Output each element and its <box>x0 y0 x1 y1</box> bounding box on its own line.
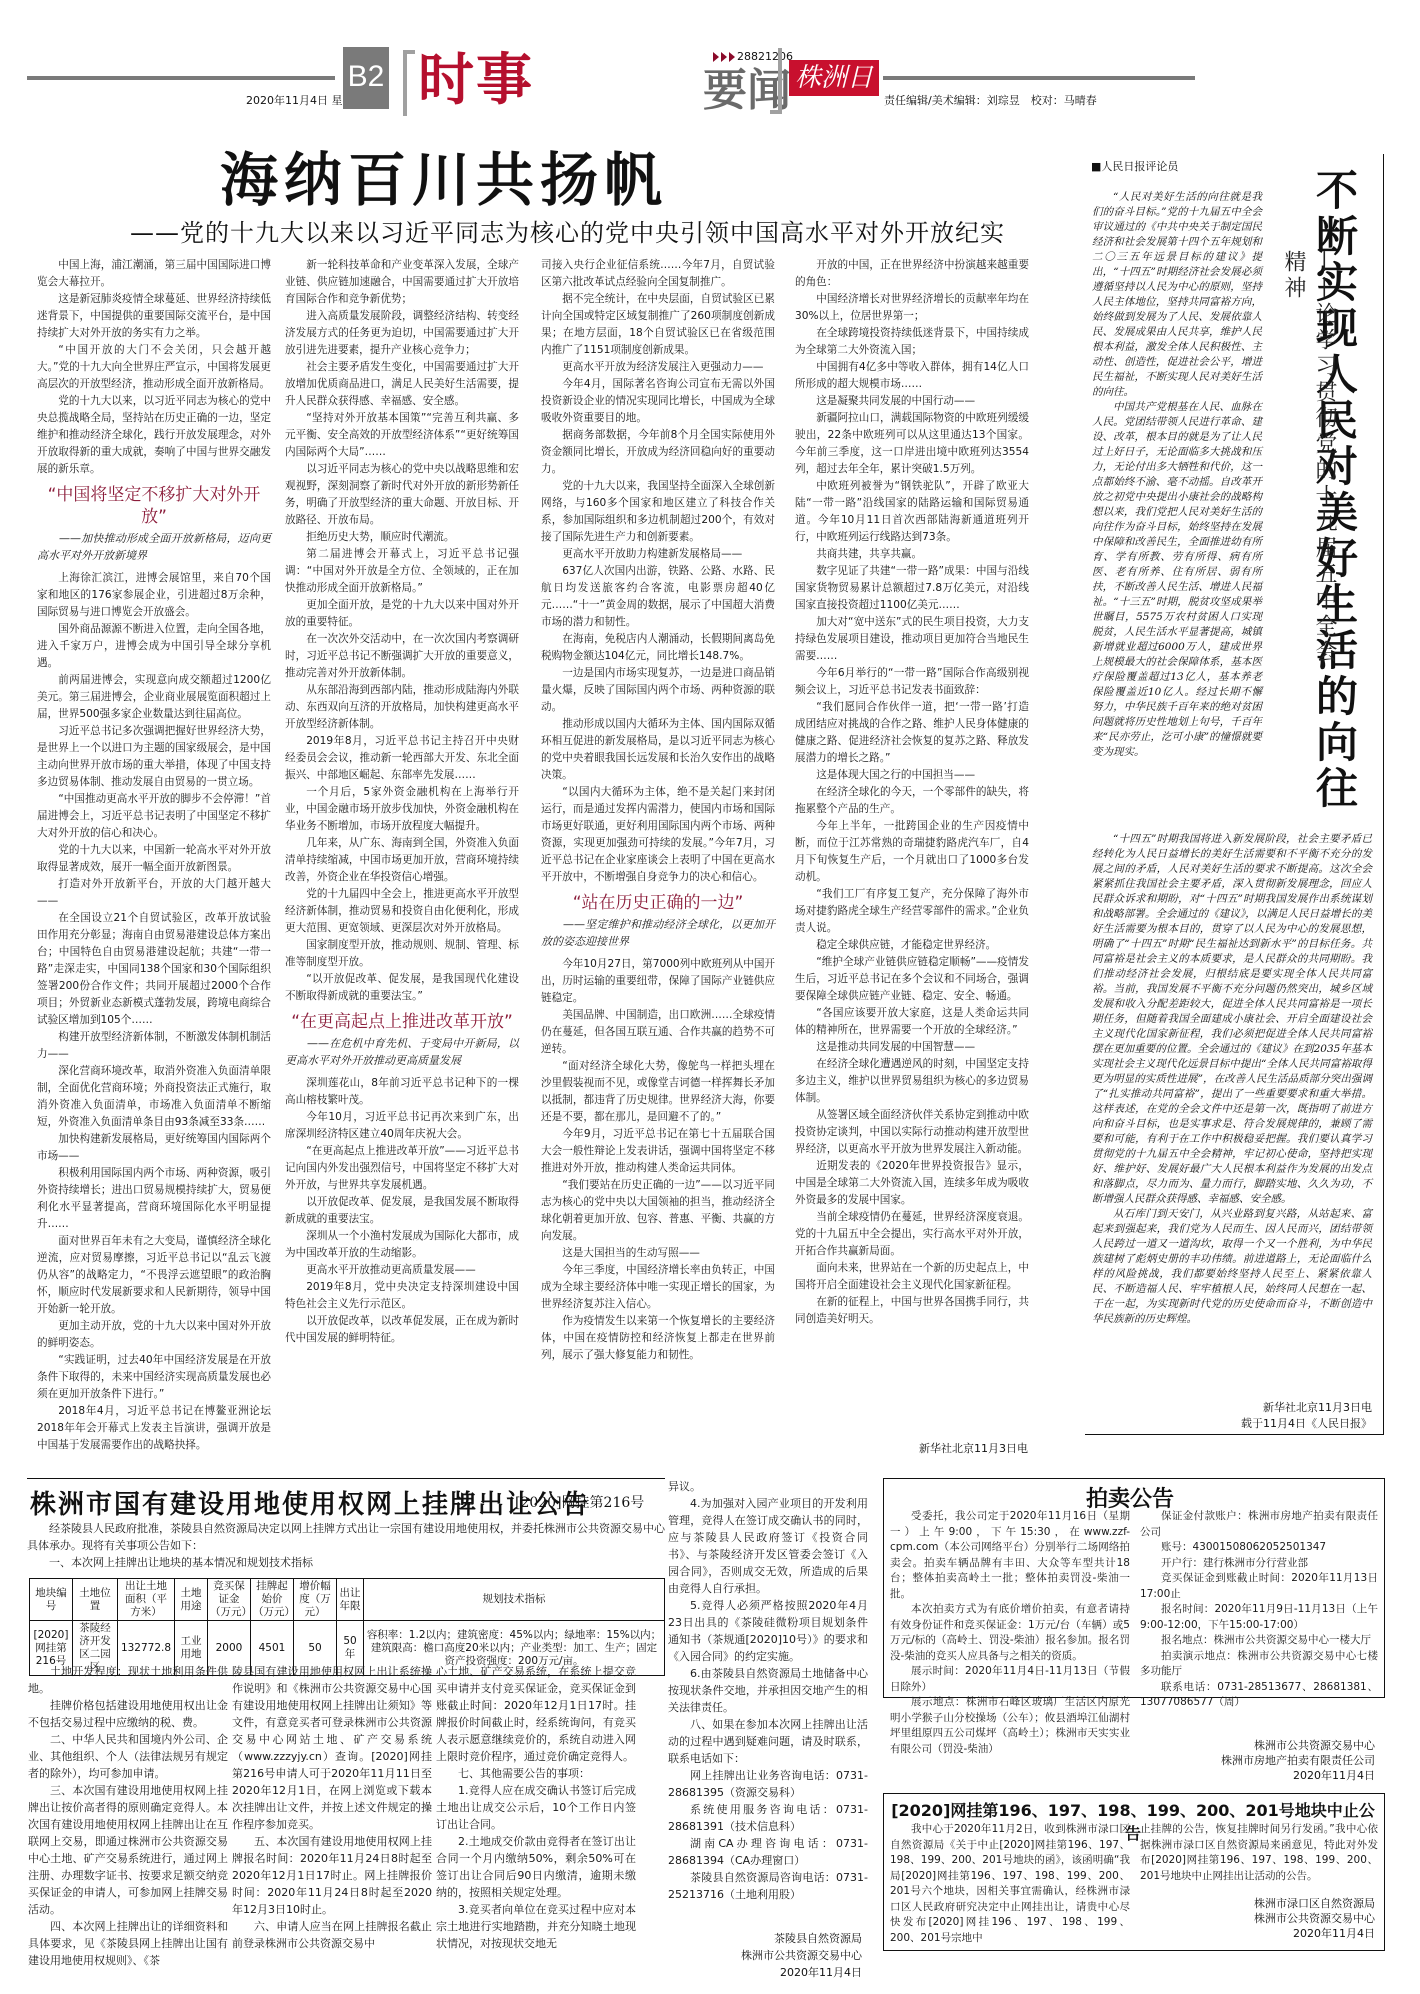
paragraph: 在一次次外交活动中，在一次次国内考察调研时，习近平总书记不断强调扩大开放的重要意… <box>285 631 519 682</box>
paragraph: 今年10月，习近平总书记再次来到广东，出席深圳经济特区建立40周年庆祝大会。 <box>285 1109 519 1143</box>
paragraph: 稳定全球供应链，才能稳定世界经济。 <box>795 937 1029 954</box>
paragraph: 在新的征程上，中国与世界各国携手同行，共同创造美好明天。 <box>795 1294 1029 1328</box>
section-heading: “站在历史正确的一边” <box>541 892 775 914</box>
paragraph: 今年6月举行的“一带一路”国际合作高级别视频会议上，习近平总书记发表书面致辞： <box>795 665 1029 699</box>
land-notice-title: 株洲市国有建设用地使用权网上挂牌出让公告 <box>30 1484 590 1521</box>
paragraph: 进入高质量发展阶段，调整经济结构、转变经济发展方式的任务更为迫切，中国需要通过扩… <box>285 308 519 359</box>
paragraph: 更加主动开放，党的十九大以来中国对外开放的鲜明姿态。 <box>37 1318 271 1352</box>
land-notice-column-3: 心土地、矿产交易系统，在系统上提交竞买申请并支付竞买保证金，竞买保证金到账截止时… <box>436 1663 636 1952</box>
paragraph: 当前全球疫情仍在蔓延，世界经济深度衰退。党的十九届五中全会提出，实行高水平对外开… <box>795 1209 1029 1260</box>
paragraph: 据不完全统计，在中央层面，自贸试验区已累计向全国或特定区域复制推广了260项制度… <box>541 291 775 359</box>
arrow-icon <box>713 52 719 62</box>
paragraph: 中国拥有4亿多中等收入群体，拥有14亿人口所形成的超大规模市场…… <box>795 359 1029 393</box>
land-notice-column-1: 土地开发程度：现状土地利用条件供地。 挂牌价格包括建设用地使用权出让金不包括交易… <box>28 1663 228 1969</box>
paragraph: 开放的中国，正在世界经济中扮演越来越重要的角色： <box>795 257 1029 291</box>
paragraph: 社会主要矛盾发生变化，中国需要通过扩大开放增加优质商品进口，满足人民美好生活需要… <box>285 359 519 410</box>
paragraph: 作为疫情发生以来第一个恢复增长的主要经济体，中国在疫情防控和经济恢复上都走在世界… <box>541 1313 775 1364</box>
paragraph: 今年4月，国际著名咨询公司宣布无需以外国投资新设企业的情况实现同比增长，中国成为… <box>541 376 775 427</box>
paragraph: 更高水平开放助力构建新发展格局—— <box>541 546 775 563</box>
paragraph: 党的十九大以来，中国新一轮高水平对外开放取得显著成效，展开一幅全面开放新图景。 <box>37 842 271 876</box>
newspaper-logo: 株洲日报 <box>789 60 879 96</box>
paragraph: 从签署区域全面经济伙伴关系协定到推动中欧投资协定谈判，中国以实际行动推动构建开放… <box>795 1107 1029 1158</box>
paragraph: 一边是国内市场实现复苏，一边是进口商品销量火爆，反映了国际国内两个市场、两种资源… <box>541 665 775 716</box>
paragraph: “以国内大循环为主体，绝不是关起门来封闭运行，而是通过发挥内需潜力，使国内市场和… <box>541 784 775 886</box>
paragraph: 加快构建新发展格局，更好统筹国内国际两个市场—— <box>37 1131 271 1165</box>
masthead-rule-right <box>883 76 1195 80</box>
arrow-icon <box>721 52 727 62</box>
paragraph: 党的十九届四中全会上，推进更高水平开放型经济新体制，推动贸易和投资自由化便利化，… <box>285 886 519 937</box>
paragraph: 2019年8月，习近平总书记主持召开中央财经委员会会议，推动新一轮西部大开发、东… <box>285 733 519 784</box>
paragraph: “中国开放的大门不会关闭，只会越开越大。”党的十九大向全世界庄严宣示，中国将发展… <box>37 342 271 393</box>
paragraph: 2018年4月，习近平总书记在博鳌亚洲论坛2018年年会开幕式上发表主旨演讲，强… <box>37 1403 271 1454</box>
paragraph: 面向未来，世界站在一个新的历史起点上，中国将开启全面建设社会主义现代化国家新征程… <box>795 1260 1029 1294</box>
paragraph: 深化营商环境改革，取消外资准入负面清单限制，全面优化营商环境；外商投资法正式施行… <box>37 1063 271 1131</box>
paragraph: 以开放促改革、促发展，是我国发展不断取得新成就的重要法宝。 <box>285 1194 519 1228</box>
paragraph: “面对经济全球化大势，像鸵鸟一样把头埋在沙里假装视而不见，或像堂吉诃德一样挥舞长… <box>541 1058 775 1126</box>
paragraph: 今年上半年，一批跨国企业的生产因疫情中断，而位于江苏常熟的奇瑞捷豹路虎汽车厂，自… <box>795 818 1029 886</box>
land-notice-number: [2020]网挂第216号 <box>515 1492 644 1512</box>
masthead-rule-left <box>27 76 335 80</box>
paragraph: 新疆阿拉山口，满载国际物资的中欧班列缓缓驶出，22条中欧班列可以从这里通达13个… <box>795 410 1029 478</box>
paragraph: 深圳从一个小渔村发展成为国际化大都市，成为中国改革开放的生动缩影。 <box>285 1228 519 1262</box>
paragraph: “我们要站在历史正确的一边”——以习近平同志为核心的党中央以大国领袖的担当，推动… <box>541 1177 775 1245</box>
paragraph: 从东部沿海到西部内陆，推动形成陆海内外联动、东西双向互济的开放格局，加快构建更高… <box>285 682 519 733</box>
commentary-subtitle: ——论学习贯彻党的十九届五中全会精神 <box>1278 250 1340 670</box>
article-column-1: 中国上海，浦江潮涌，第三届中国国际进口博览会大幕拉开。 这是新冠肺炎疫情全球蔓延… <box>37 257 271 1454</box>
paragraph: 面对世界百年未有之大变局，谨慎经济全球化逆流，应对贸易摩擦，习近平总书记以“乱云… <box>37 1233 271 1318</box>
main-article-subtitle: ——党的十九大以来以习近平同志为核心的党中央引领中国高水平对外开放纪实 <box>130 213 1005 248</box>
paragraph: “我们工厂有序复工复产，充分保障了海外市场对捷豹路虎全球生产经营零部件的需求。”… <box>795 886 1029 937</box>
paragraph: 这是推动共同发展的中国智慧—— <box>795 1039 1029 1056</box>
section-bracket-left <box>403 50 415 116</box>
paragraph: 推动形成以国内大循环为主体、国内国际双循环相互促进的新发展格局，是以习近平同志为… <box>541 716 775 784</box>
auction-notice-column-1: 受委托，我公司定于2020年11月16日（星期一）上午9:00，下午15:30，… <box>890 1509 1130 1757</box>
table-header-row: 地块编号 土地位置 出让土地面积（平方米） 土地用途 竞买保证金（万元） 挂牌起… <box>30 1579 665 1621</box>
paragraph: 更高水平开放推动更高质量发展—— <box>285 1262 519 1279</box>
paragraph: “人民对美好生活的向往就是我们的奋斗目标。”党的十九届五中全会审议通过的《中共中… <box>1092 190 1262 400</box>
page-number: B2 <box>343 47 389 109</box>
hotline-number: 28821206 <box>737 50 793 63</box>
land-notice-intro: 经茶陵县人民政府批准，茶陵县自然资源局决定以网上挂牌方式出让一宗国有建设用地使用… <box>27 1520 665 1571</box>
paragraph: 拒绝历史大势，顺应时代潮流。 <box>285 529 519 546</box>
main-article-title: 海纳百川共扬帆 <box>220 145 668 215</box>
suspension-notice-column-2: 止挂牌的公告，恢复挂牌时间另行发函。”我中心依据株洲市渌口区自然资源局来函意见，… <box>1140 1822 1378 1884</box>
paragraph: “我们愿同合作伙伴一道，把‘一带一路’打造成团结应对挑战的合作之路、维护人民身体… <box>795 699 1029 767</box>
commentary-body-wide: “十四五”时期我国将进入新发展阶段，社会主要矛盾已经转化为人民日益增长的美好生活… <box>1092 832 1372 1327</box>
paragraph: 数字见证了共建“一带一路”成果：中国与沿线国家货物贸易累计总额超过7.8万亿美元… <box>795 563 1029 614</box>
paragraph: 以开放促改革，以改革促发展，正在成为新时代中国发展的鲜明特征。 <box>285 1313 519 1347</box>
paragraph: 积极利用国际国内两个市场、两种资源，吸引外资持续增长；进出口贸易规模持续扩大，贸… <box>37 1165 271 1233</box>
paragraph: “实践证明，过去40年中国经济发展是在开放条件下取得的，未来中国经济实现高质量发… <box>37 1352 271 1403</box>
paragraph: 新一轮科技革命和产业变革深入发展，全球产业链、供应链加速融合，中国需要通过扩大开… <box>285 257 519 308</box>
paragraph: 美国品牌、中国制造，出口欧洲……全球疫情仍在蔓延，但各国互联互通、合作共赢的趋势… <box>541 1007 775 1058</box>
paragraph: 中国上海，浦江潮涌，第三届中国国际进口博览会大幕拉开。 <box>37 257 271 291</box>
auction-notice-signatures: 株洲市公共资源交易中心 株洲市房地产拍卖有限责任公司 2020年11月4日 <box>1160 1738 1375 1783</box>
suspension-notice-column-1: 我中心于2020年11月2日，收到株洲市渌口区自然资源局《关于中止[2020]网… <box>890 1822 1130 1946</box>
paragraph: 据商务部数据，今年前8个月全国实际使用外资金额同比增长，开放成为经济回稳向好的重… <box>541 427 775 478</box>
paragraph: 今年10月27日，第7000列中欧班列从中国开出，历时运输的重要纽带，保障了国际… <box>541 956 775 1007</box>
land-notice-top-rule <box>27 1478 665 1479</box>
paragraph: 以习近平同志为核心的党中央以战略思维和宏观视野，深刻洞察了新时代对外开放的新形势… <box>285 461 519 529</box>
paragraph: 这是大国担当的生动写照—— <box>541 1245 775 1262</box>
commentary-author-tag: ■人民日报评论员 <box>1091 158 1178 174</box>
paragraph: 今年三季度，中国经济增长率由负转正，中国成为全球主要经济体中唯一实现正增长的国家… <box>541 1262 775 1313</box>
paragraph: “十四五”时期我国将进入新发展阶段，社会主要矛盾已经转化为人民日益增长的美好生活… <box>1092 832 1372 1207</box>
paragraph: 共商共建，共享共赢。 <box>795 546 1029 563</box>
section-deck: ——在危机中育先机、于变局中开新局，以更高水平对外开放推动更高质量发展 <box>285 1035 519 1069</box>
section-deck: ——加快推动形成全面开放新格局，迈向更高水平对外开放新境界 <box>37 530 271 564</box>
paragraph: 在全国设立21个自贸试验区，改革开放试验田作用充分彰显；海南自由贸易港建设总体方… <box>37 910 271 1029</box>
section-title: 时事 <box>418 50 534 112</box>
section-heading: “中国将坚定不移扩大对外开放” <box>37 484 271 528</box>
arrow-icon <box>729 52 735 62</box>
section-deck: ——坚定维护和推动经济全球化，以更加开放的姿态迎接世界 <box>541 916 775 950</box>
paragraph: 中国共产党根基在人民、血脉在人民。党团结带领人民进行革命、建设、改革，根本目的就… <box>1092 400 1262 760</box>
paragraph: 第二届进博会开幕式上，习近平总书记强调：“中国对外开放是全方位、全领域的，正在加… <box>285 546 519 597</box>
section-heading: “在更高起点上推进改革开放” <box>285 1011 519 1033</box>
article-column-3: 司接入央行企业征信系统……今年7月，自贸试验区第六批改革试点经验向全国复制推广。… <box>541 257 775 1364</box>
auction-notice-column-2: 保证金付款账户：株洲市房地产拍卖有限责任公司 账号：43001508062052… <box>1140 1509 1378 1711</box>
paragraph: “各国应该要开放大家庭，这是人类命运共同体的精神所在，世界需要一个开放的全球经济… <box>795 1005 1029 1039</box>
land-notice-column-2: 陵县国有建设用地使用权网上出让系统操作说明》和《株洲市公共资源交易中心国有建设用… <box>232 1663 432 1952</box>
paragraph: 国外商品源源不断进入位置，走向全国各地，进入千家万户，进博会成为中国引导全球分享… <box>37 621 271 672</box>
paragraph: 这是凝聚共同发展的中国行动—— <box>795 393 1029 410</box>
paragraph: 前两届进博会，实现意向成交额超过1200亿美元。第三届进博会，企业商业展展览面积… <box>37 672 271 723</box>
commentary-dateline: 新华社北京11月3日电 载于11月4日《人民日报》 <box>1200 1400 1372 1432</box>
paragraph: 637亿人次国内出游，铁路、公路、水路、民航日均发送旅客约合客流，电影票房超40… <box>541 563 775 631</box>
paragraph: “以开放促改革、促发展，是我国现代化建设不断取得新成就的重要法宝。” <box>285 971 519 1005</box>
article-dateline: 新华社北京11月3日电 <box>900 1440 1028 1456</box>
paragraph: 在经济全球化遭遇逆风的时刻，中国坚定支持多边主义，维护以世界贸易组织为核心的多边… <box>795 1056 1029 1107</box>
section-bracket-right <box>770 48 782 114</box>
paragraph: 国家制度型开放，推动规则、规制、管理、标准等制度型开放。 <box>285 937 519 971</box>
paragraph: 构建开放型经济新体制，不断激发体制机制活力—— <box>37 1029 271 1063</box>
paragraph: 这是新冠肺炎疫情全球蔓延、世界经济持续低迷背景下，中国提供的重要国际交流平台，是… <box>37 291 271 342</box>
paragraph: “坚持对外开放基本国策”“完善互利共赢、多元平衡、安全高效的开放型经济体系”“更… <box>285 410 519 461</box>
paragraph: 打造对外开放新平台，开放的大门越开越大—— <box>37 876 271 910</box>
commentary-body-narrow: “人民对美好生活的向往就是我们的奋斗目标。”党的十九届五中全会审议通过的《中共中… <box>1092 190 1262 760</box>
paragraph: 中国经济增长对世界经济增长的贡献率年均在30%以上，位居世界第一； <box>795 291 1029 325</box>
paragraph: 更加全面开放，是党的十九大以来中国对外开放的重要特征。 <box>285 597 519 631</box>
paragraph: “在更高起点上推进改革开放”——习近平总书记向国内外发出强烈信号，中国将坚定不移… <box>285 1143 519 1194</box>
paragraph: 更高水平开放为经济发展注入更强动力—— <box>541 359 775 376</box>
paragraph: 深圳莲花山，8年前习近平总书记种下的一棵高山榕枝繁叶茂。 <box>285 1075 519 1109</box>
paragraph: 这是体现大国之行的中国担当—— <box>795 767 1029 784</box>
paragraph: 一个月后，5家外资金融机构在上海举行开业，中国金融市场开放步伐加快，外资金融机构… <box>285 784 519 835</box>
paragraph: 几年来，从广东、海南到全国，外资准入负面清单持续缩减，中国市场更加开放，营商环境… <box>285 835 519 886</box>
paragraph: 中欧班列被誉为“钢铁驼队”，开辟了欧亚大陆“一带一路”沿线国家的陆路运输和国际贸… <box>795 478 1029 546</box>
land-parcel-table: 地块编号 土地位置 出让土地面积（平方米） 土地用途 竞买保证金（万元） 挂牌起… <box>29 1578 665 1676</box>
paragraph: 在全球跨境投资持续低迷背景下，中国持续成为全球第二大外资流入国； <box>795 325 1029 359</box>
paragraph: 从石库门到天安门，从兴业路到复兴路，从站起来、富起来到强起来，我们党为人民而生、… <box>1092 1207 1372 1327</box>
suspension-notice-signatures: 株洲市渌口区自然资源局 株洲市公共资源交易中心 2020年11月4日 <box>1160 1896 1375 1941</box>
paragraph: 近期发表的《2020年世界投资报告》显示，中国是全球第二大外资流入国，连续多年成… <box>795 1158 1029 1209</box>
paragraph: “维护全球产业链供应链稳定顺畅”——疫情发生后，习近平总书记在多个会议和不同场合… <box>795 954 1029 1005</box>
paragraph: 司接入央行企业征信系统……今年7月，自贸试验区第六批改革试点经验向全国复制推广。 <box>541 257 775 291</box>
land-notice-signatures: 茶陵县自然资源局 株洲市公共资源交易中心 2020年11月4日 <box>700 1930 862 1981</box>
paragraph: 加大对“宽中送东”式的民生项目投资，大力支持绿色发展项目建设，推动项目更加符合当… <box>795 614 1029 665</box>
paragraph: 2019年8月，党中央决定支持深圳建设中国特色社会主义先行示范区。 <box>285 1279 519 1313</box>
paragraph: 今年9月，习近平总书记在第七十五届联合国大会一般性辩论上发表讲话，强调中国将坚定… <box>541 1126 775 1177</box>
article-column-4: 开放的中国，正在世界经济中扮演越来越重要的角色： 中国经济增长对世界经济增长的贡… <box>795 257 1029 1328</box>
paragraph: 党的十九大以来，我国坚持全面深入全球创新网络，与160多个国家和地区建立了科技合… <box>541 478 775 546</box>
paragraph: 在经济全球化的今天，一个零部件的缺失，将拖累整个产品的生产。 <box>795 784 1029 818</box>
paragraph: 习近平总书记多次强调把握好世界经济大势，是世界上一个以进口为主题的国家级展会，是… <box>37 723 271 791</box>
paragraph: “中国推动更高水平开放的脚步不会停滞！”首届进博会上，习近平总书记表明了中国坚定… <box>37 791 271 842</box>
paragraph: 上海徐汇滨江，进博会展馆里，来自70个国家和地区的176家参展企业，引进超过8万… <box>37 570 271 621</box>
paragraph: 党的十九大以来，以习近平同志为核心的党中央总揽战略全局，坚持站在历史正确的一边，… <box>37 393 271 478</box>
land-notice-column-4: 异议。 4.为加强对入园产业项目的开发利用管理，竞得人在签订成交确认书的同时，应… <box>668 1478 868 1903</box>
editor-credits: 责任编辑/美术编辑：刘琮昱 校对：马晴春 <box>884 92 1097 108</box>
article-column-2: 新一轮科技革命和产业变革深入发展，全球产业链、供应链加速融合，中国需要通过扩大开… <box>285 257 519 1347</box>
paragraph: 在海南，免税店内人潮涌动，长假期间离岛免税购物金额达104亿元，同比增长148.… <box>541 631 775 665</box>
